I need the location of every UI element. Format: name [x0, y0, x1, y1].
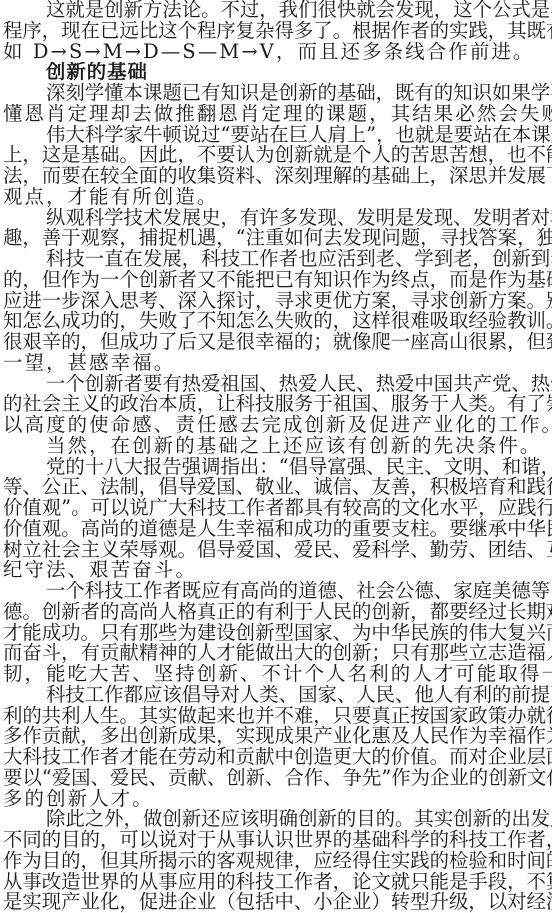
text-line: 懂恩肖定理却去做推翻恩肖定理的课题，其结果必然会失败。 [3, 104, 552, 125]
text-line: 这就是创新方法论。不过，我们很快就会发现，这个公式是早期创新的线性 [3, 0, 552, 21]
text-line: 的，但作为一个创新者又不能把已有知识作为终点，而是作为基础、作为起点。 [3, 270, 552, 291]
text-line: 纵观科学技术发展史，有许多发现、发明是发现、发明者对科学有浓厚的兴 [3, 208, 552, 229]
text-line: 党的十八大报告强调指出：“倡导富强、民主、文明、和谐，倡导自由、平 [3, 457, 552, 478]
text-line: 一望，甚感幸福。 [3, 353, 552, 374]
text-line: 价值观”。可以说广大科技工作者都具有较高的文化水平，应践行社会主义核心 [3, 498, 552, 519]
text-line: 应进一步深入思考、深入探讨，寻求更优方案，寻求创新方案。别创新成功了不 [3, 291, 552, 312]
text-line: 以高度的使命感、责任感去完成创新及促进产业化的工作。 [3, 415, 552, 436]
text-line: 上，这是基础。因此，不要认为创新就是个人的苦思苦想，也不能有碰运气的想 [3, 145, 552, 166]
text-line: 程序，现在已远比这个程序复杂得多了。根据作者的实践，其既有往、复的过程 [3, 21, 552, 42]
text-line: 德。创新者的高尚人格真正的有利于人民的创新，都要经过长期艰苦的研发工作 [3, 602, 552, 623]
text-line: 而奋斗，有贡献精神的人才能做出大的创新；只有那些立志造福人类，勤奋，坚 [3, 643, 552, 664]
text-line: 一个创新者要有热爱祖国、热爱人民、热爱中国共产党、热爱具有中国特色 [3, 374, 552, 395]
text-line: 等、公正、法制，倡导爱国、敬业、诚信、友善，积极培育和践行社会主义核心 [3, 477, 552, 498]
text-line: 作为目的，但其所揭示的客观规律，应经得住实践的检验和时间的考验。而对于 [3, 851, 552, 872]
text-line: 树立社会主义荣辱观。倡导爱国、爱民、爱科学、勤劳、团结、互助、诚信、遵 [3, 540, 552, 561]
text-line: 法，而要在较全面的收集资料、深刻理解的基础上，深思并发展下去或提出创新 [3, 166, 552, 187]
text-line: 趣，善于观察，捕捉机遇，“注重如何去发现问题，寻找答案，独立思考和创新”。 [3, 228, 552, 249]
text-line: 的社会主义的政治本质，让科技服务于祖国、服务于人类。有了崇高目标，才会 [3, 394, 552, 415]
text-line: 伟大科学家牛顿说过“要站在巨人肩上”，也就是要站在本课题的现有知识 [3, 125, 552, 146]
section-heading: 创新的基础 [3, 62, 552, 83]
text-line: 从事改造世界的从事应用的科技工作者，论文就只能是手段，不算是目的，目的 [3, 872, 552, 893]
text-line: 是实现产业化，促进企业（包括中、小企业）转型升级，以对经济社会的实际贡 [3, 892, 552, 913]
text-line: 科技工作都应该倡导对人类、国家、人民、他人有利的前提下，也对自己有 [3, 685, 552, 706]
text-line: 要以“爱国、爱民、贡献、创新、合作、争先”作为企业的创新文化，去培养更 [3, 768, 552, 789]
document-page: 这就是创新方法论。不过，我们很快就会发现，这个公式是早期创新的线性程序，现在已远… [0, 0, 554, 913]
text-line: 科技一直在发展，科技工作者也应活到老、学到老，创新到老。学习是重要 [3, 249, 552, 270]
text-line: 大科技工作者才能在劳动和贡献中创造更大的价值。而对企业层面创新而言，则 [3, 747, 552, 768]
text-line: 价值观。高尚的道德是人生幸福和成功的重要支柱。要继承中华民族的传统美德。 [3, 519, 552, 540]
text-line: 多作贡献，多出创新成果，实现成果产业化惠及人民作为幸福作为价值取向，广 [3, 726, 552, 747]
text-line: 一个科技工作者既应有高尚的道德、社会公德、家庭美德等，还要有科学道 [3, 581, 552, 602]
text-line: 多的创新人才。 [3, 789, 552, 810]
text-line: 很艰辛的，但成功了后又是很幸福的；就像爬一座高山很累，但到了山顶，登山 [3, 332, 552, 353]
text-line: 当然，在创新的基础之上还应该有创新的先决条件。 [3, 436, 552, 457]
text-line: 不同的目的，可以说对于从事认识世界的基础科学的科技工作者，也许写论文可 [3, 830, 552, 851]
text-line: 除此之外，做创新还应该明确创新的目的。其实创新的出发点不同，也就有 [3, 809, 552, 830]
text-line: 韧，能吃大苦、坚持创新、不计个人名利的人才可能取得一定的成就。 [3, 664, 552, 685]
text-line: 如 D→S→M→D—S—M→V，而且还多条线合作前进。 [3, 42, 552, 63]
text-line: 才能成功。只有那些为建设创新型国家、为中华民族的伟大复兴而奋斗，为科学 [3, 623, 552, 644]
text-line: 观点，才能有所创造。 [3, 187, 552, 208]
text-line: 利的共利人生。其实做起来也并不难，只要真正按国家政策办就行了。只有追求 [3, 706, 552, 727]
text-line: 深刻学懂本课题已有知识是创新的基础，既有的知识如果学不好，就如同不 [3, 83, 552, 104]
text-line: 知怎么成功的，失败了不知怎么失败的，这样很难吸取经验教训。创新的过程是 [3, 311, 552, 332]
text-line: 纪守法、艰苦奋斗。 [3, 560, 552, 581]
